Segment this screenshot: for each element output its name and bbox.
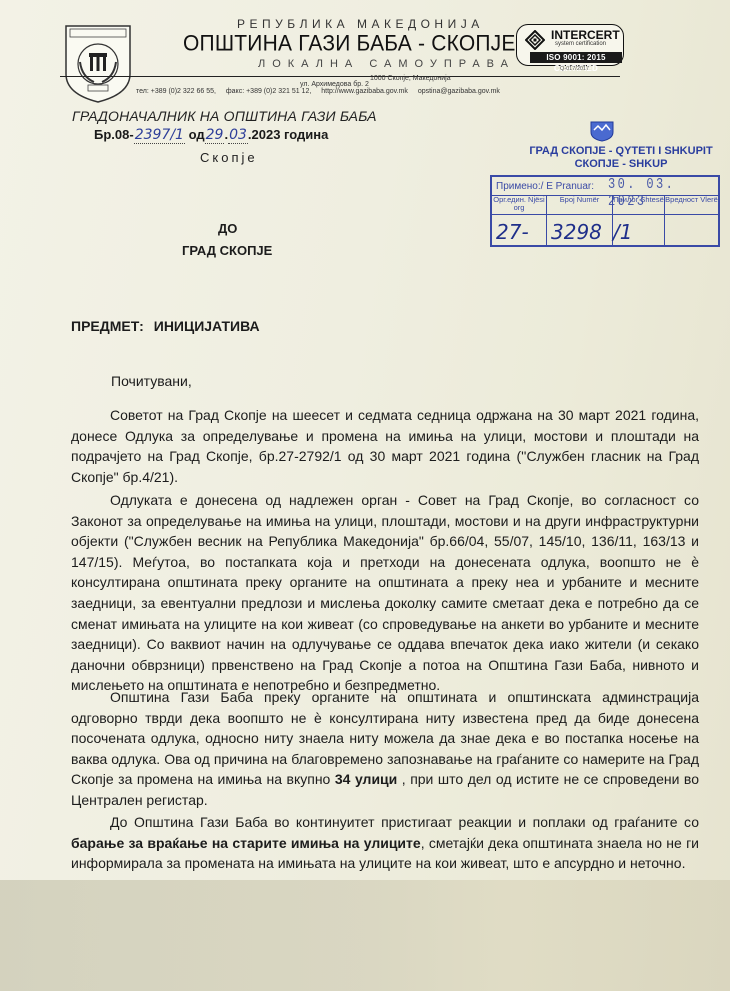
date-day: 29	[205, 127, 225, 144]
letterhead-phone: тел: +389 (0)2 322 66 55,	[136, 88, 216, 95]
letterhead-website[interactable]: http://www.gazibaba.gov.mk	[321, 88, 408, 95]
letterhead-subtitle: ЛОКАЛНА САМОУПРАВА	[258, 58, 515, 70]
paragraph-text: До Општина Гази Баба во континуитет прис…	[110, 814, 699, 830]
subject-label: ПРЕДМЕТ:	[71, 318, 144, 334]
letterhead-address: ул. Архимедова бр. 2	[300, 81, 369, 88]
date-year: .2023 година	[248, 127, 328, 142]
letterhead-divider	[60, 76, 620, 77]
date-month: 03	[228, 127, 248, 144]
letterhead-email[interactable]: opstina@gazibaba.gov.mk	[418, 88, 500, 95]
stamp-title-line2: СКОПЈЕ - SHKUP	[506, 158, 730, 171]
stamp-field-value: 3298	[551, 220, 602, 244]
street-count-highlight: 34 улици	[335, 771, 397, 787]
recipient-name: ГРАД СКОПЈЕ	[182, 243, 272, 258]
body-paragraph-4: До Општина Гази Баба во континуитет прис…	[71, 812, 699, 874]
greeting: Почитувани,	[111, 373, 192, 389]
certification-name: INTERCERT	[551, 28, 620, 42]
sender-title: ГРАДОНАЧАЛНИК НА ОПШТИНА ГАЗИ БАБА	[72, 108, 377, 124]
reference-number: Бр.08-2397/1 од29.03.2023 година	[94, 127, 328, 143]
recipient-label: ДО	[218, 221, 237, 236]
certification-code: Q-017/2017	[560, 66, 589, 72]
stamp-title: ГРАД СКОПЈЕ - QYTETI I SHKUPIT СКОПЈЕ - …	[506, 145, 730, 171]
stamp-title-line1: ГРАД СКОПЈЕ - QYTETI I SHKUPIT	[506, 145, 730, 158]
certification-standard: ISO 9001: 2015 CERTIFIED	[530, 52, 622, 63]
body-paragraph-1: Советот на Град Скопје на шеесет и седма…	[71, 405, 699, 487]
stamp-field-header: Орг.един. Njësi org	[492, 195, 546, 215]
intercert-logo-icon	[525, 30, 545, 50]
reference-prefix: Бр.08-	[94, 127, 134, 142]
stamp-field-org-unit: Орг.един. Njësi org 27-	[492, 195, 547, 245]
letterhead-country: РЕПУБЛИКА МАКЕДОНИЈА	[237, 17, 484, 31]
stamp-received-label: Примено:/ E Pranuar:	[496, 181, 594, 192]
subject-value: ИНИЦИЈАТИВА	[154, 318, 260, 334]
certification-sub: system certification	[555, 41, 606, 47]
body-paragraph-3: Општина Гази Баба преку органите на општ…	[71, 687, 699, 811]
subject-line: ПРЕДМЕТ:ИНИЦИЈАТИВА	[71, 318, 260, 334]
stamp-field-header: Вредност Vlerë	[665, 195, 718, 215]
stamp-field-number: Број Numër 3298	[547, 195, 613, 245]
stamp-fields: Орг.един. Njësi org 27- Број Numër 3298 …	[492, 195, 718, 245]
city-of-skopje-emblem-icon	[589, 120, 615, 142]
stamp-field-value: 27-	[496, 220, 529, 244]
reference-from: од	[189, 127, 205, 142]
body-paragraph-2: Одлуката е донесена од надлежен орган - …	[71, 490, 699, 696]
letterhead-contacts: тел: +389 (0)2 322 66 55, факс: +389 (0)…	[136, 88, 508, 95]
letter-page: РЕПУБЛИКА МАКЕДОНИЈА ОПШТИНА ГАЗИ БАБА -…	[0, 0, 730, 991]
sender-city: Скопје	[200, 150, 258, 165]
request-highlight: барање за враќање на старите имиња на ул…	[71, 835, 421, 851]
stamp-field-header: Број Numër	[547, 195, 612, 215]
letterhead-city: 1000 Скопје, Македонија	[370, 75, 451, 82]
letterhead-municipality: ОПШТИНА ГАЗИ БАБА - СКОПЈЕ	[183, 31, 516, 56]
stamp-field-value: /1	[613, 220, 632, 244]
stamp-received-row: Примено:/ E Pranuar: 30. 03. 2023	[492, 177, 718, 196]
reference-handwritten-number: 2397/1	[134, 127, 185, 144]
stamp-field-attachment: Прилог Shtesë /1	[613, 195, 665, 245]
stamp-field-header: Прилог Shtesë	[613, 195, 664, 215]
registry-stamp: Примено:/ E Pranuar: 30. 03. 2023 Орг.ед…	[490, 175, 720, 247]
stamp-field-value-column: Вредност Vlerë	[665, 195, 718, 245]
municipality-crest-icon	[62, 22, 134, 104]
letterhead-fax: факс: +389 (0)2 321 51 12,	[226, 88, 311, 95]
page-bottom-shadow	[0, 880, 730, 991]
